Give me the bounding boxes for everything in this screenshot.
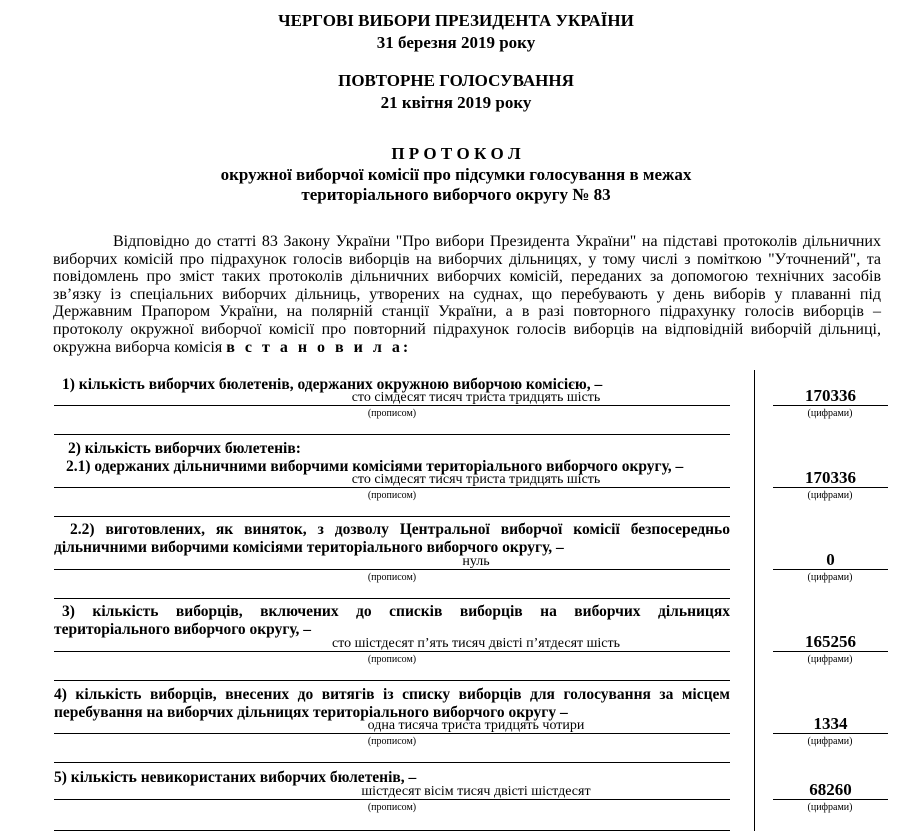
words-underline [54, 733, 730, 734]
section-separator [54, 516, 730, 517]
amount-in-digits: 170336 [773, 387, 888, 405]
amount-in-words: шістдесят вісім тисяч двісті шістдесят [54, 784, 898, 800]
item-question-line: 2) кількість виборчих бюлетенів: [54, 440, 730, 458]
words-underline [54, 569, 730, 570]
section-separator [54, 598, 730, 599]
caption-in-words: (прописом) [332, 408, 452, 420]
election-date: 31 березня 2019 року [0, 33, 912, 53]
established-word: в с т а н о в и л а: [226, 339, 411, 356]
digits-underline [773, 733, 888, 734]
caption-in-digits: (цифрами) [770, 572, 890, 584]
caption-in-digits: (цифрами) [770, 490, 890, 502]
runoff-title: ПОВТОРНЕ ГОЛОСУВАННЯ [0, 71, 912, 91]
intro-text: Відповідно до статті 83 Закону України "… [53, 233, 881, 356]
section-separator [54, 680, 730, 681]
runoff-date: 21 квітня 2019 року [0, 93, 912, 113]
words-underline [54, 799, 730, 800]
section-separator [54, 762, 730, 763]
amount-in-words: сто шістдесят п’ять тисяч двісті п’ятдес… [54, 636, 898, 652]
amount-in-digits: 1334 [773, 715, 888, 733]
caption-in-words: (прописом) [332, 572, 452, 584]
amount-in-digits: 0 [773, 551, 888, 569]
caption-in-digits: (цифрами) [770, 654, 890, 666]
column-divider [754, 370, 755, 831]
digits-underline [773, 651, 888, 652]
caption-in-digits: (цифрами) [770, 736, 890, 748]
amount-in-words: сто сімдесят тисяч триста тридцять шість [54, 390, 898, 406]
caption-in-words: (прописом) [332, 654, 452, 666]
digits-underline [773, 487, 888, 488]
caption-in-words: (прописом) [332, 490, 452, 502]
section-separator [54, 434, 730, 435]
item-question-line: 3) кількість виборців, включених до спис… [54, 603, 730, 621]
words-underline [54, 487, 730, 488]
amount-in-digits: 68260 [773, 781, 888, 799]
digits-underline [773, 799, 888, 800]
protocol-subtitle-line2: територіального виборчого округу № 83 [0, 185, 912, 205]
item-question-line: 4) кількість виборців, внесених до витяг… [54, 686, 730, 704]
top-cropped-fragment [743, 0, 908, 2]
digits-underline [773, 405, 888, 406]
amount-in-digits: 170336 [773, 469, 888, 487]
intro-paragraph: Відповідно до статті 83 Закону України "… [53, 233, 881, 356]
amount-in-digits: 165256 [773, 633, 888, 651]
caption-in-digits: (цифрами) [770, 802, 890, 814]
amount-in-words: одна тисяча триста тридцять чотири [54, 718, 898, 734]
caption-in-words: (прописом) [332, 736, 452, 748]
caption-in-digits: (цифрами) [770, 408, 890, 420]
amount-in-words: нуль [54, 554, 898, 570]
words-underline [54, 651, 730, 652]
words-underline [54, 405, 730, 406]
protocol-subtitle-line1: окружної виборчої комісії про підсумки г… [0, 165, 912, 185]
item-question-line: 2.2) виготовлених, як виняток, з дозволу… [54, 521, 730, 539]
caption-in-words: (прописом) [332, 802, 452, 814]
digits-underline [773, 569, 888, 570]
election-title: ЧЕРГОВІ ВИБОРИ ПРЕЗИДЕНТА УКРАЇНИ [0, 11, 912, 31]
amount-in-words: сто сімдесят тисяч триста тридцять шість [54, 472, 898, 488]
protocol-title: П Р О Т О К О Л [0, 144, 912, 164]
